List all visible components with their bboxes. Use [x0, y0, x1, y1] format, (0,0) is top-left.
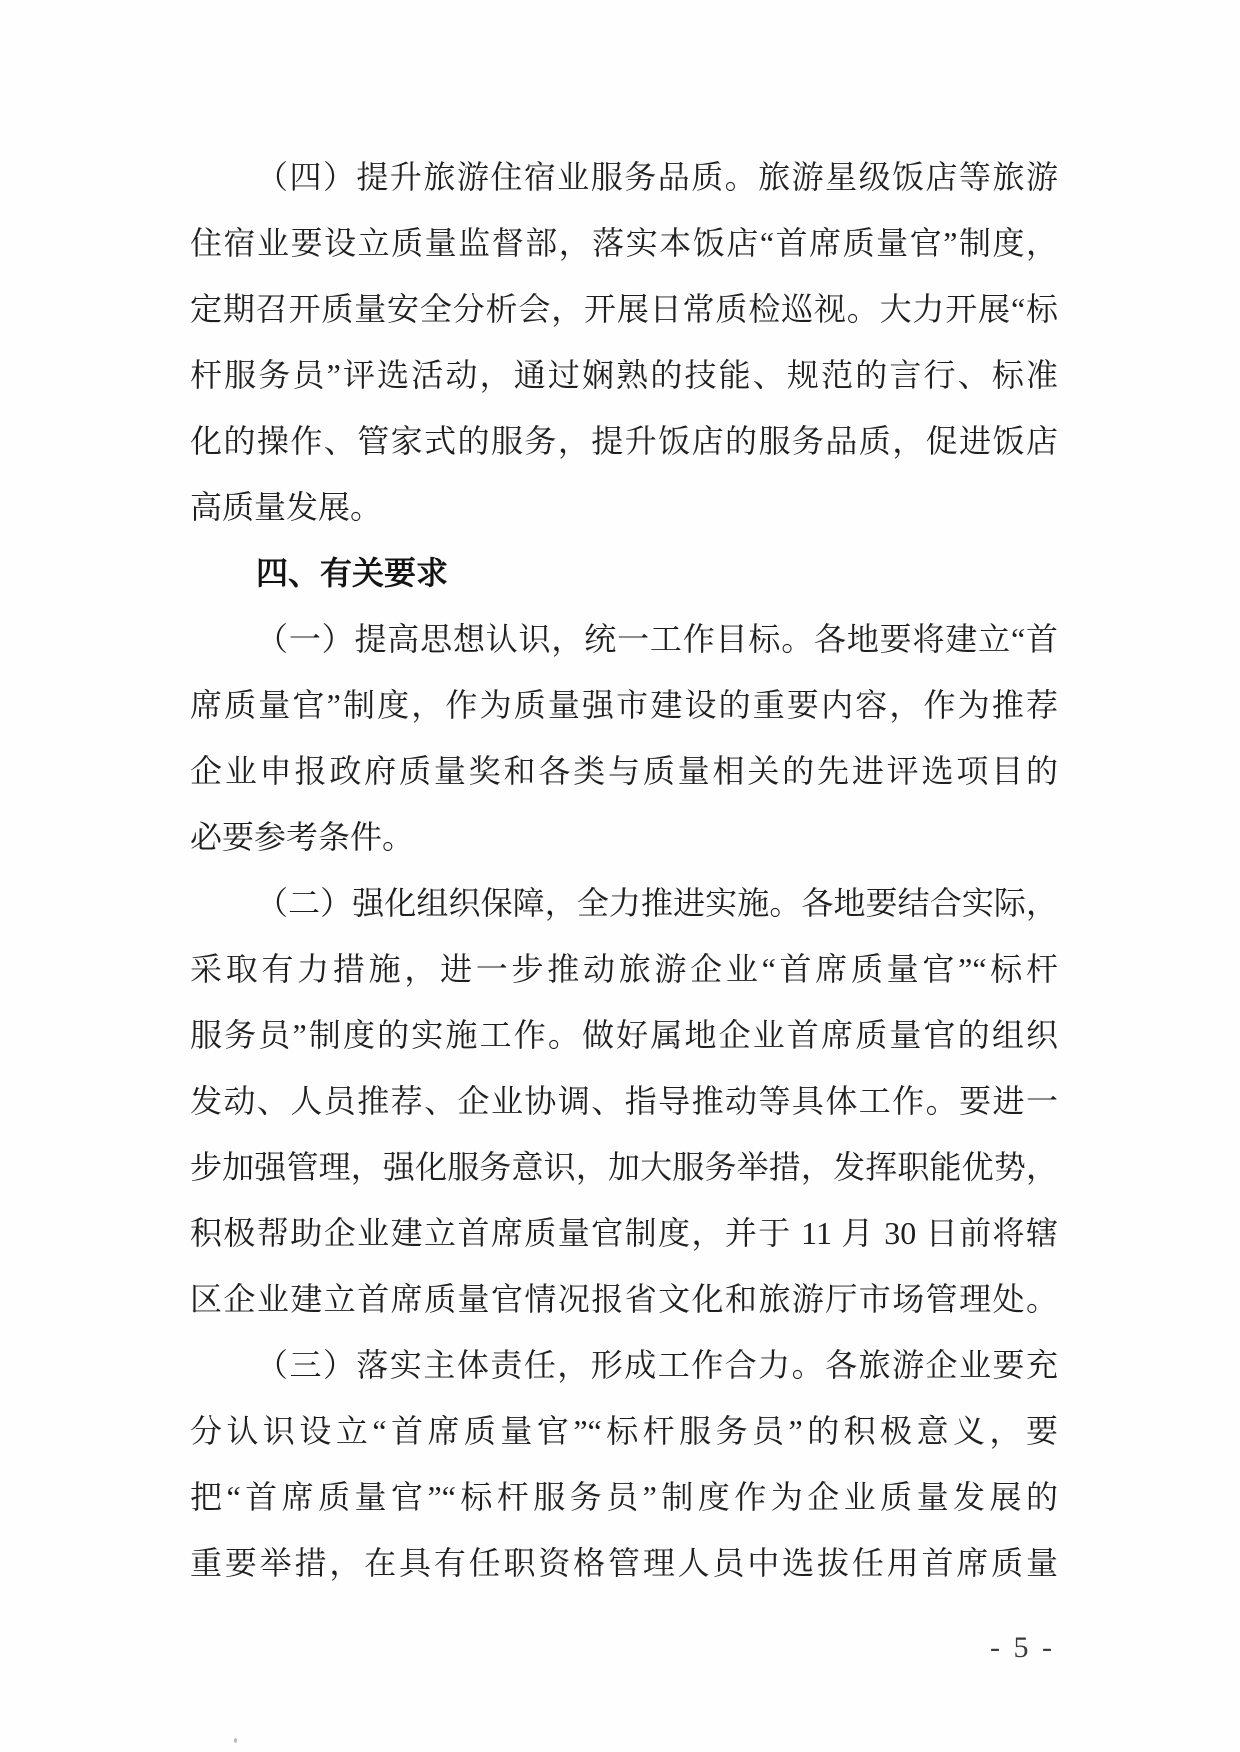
paragraph-line: 积极帮助企业建立首席质量官制度，并于 11 月 30 日前将辖: [190, 1200, 1058, 1266]
paragraph-line: （一）提高思想认识，统一工作目标。各地要将建立“首: [190, 606, 1058, 672]
paragraph-line: 化的操作、管家式的服务，提升饭店的服务品质，促进饭店: [190, 408, 1058, 474]
paragraph-line: 席质量官”制度，作为质量强市建设的重要内容，作为推荐: [190, 672, 1058, 738]
section-heading: 四、有关要求: [190, 540, 1058, 606]
paragraph-line: 把“首席质量官”“标杆服务员”制度作为企业质量发展的: [190, 1464, 1058, 1530]
document-page: （四）提升旅游住宿业服务品质。旅游星级饭店等旅游 住宿业要设立质量监督部，落实本…: [0, 0, 1240, 1752]
paragraph-line: 杆服务员”评选活动，通过娴熟的技能、规范的言行、标准: [190, 342, 1058, 408]
paragraph-line: 区企业建立首席质量官情况报省文化和旅游厅市场管理处。: [190, 1266, 1058, 1332]
paragraph-line: 定期召开质量安全分析会，开展日常质检巡视。大力开展“标: [190, 276, 1058, 342]
paragraph-line: 必要参考条件。: [190, 804, 1058, 870]
paragraph-line: 企业申报政府质量奖和各类与质量相关的先进评选项目的: [190, 738, 1058, 804]
paragraph-line: 重要举措，在具有任职资格管理人员中选拔任用首席质量: [190, 1530, 1058, 1596]
paragraph-line: 分认识设立“首席质量官”“标杆服务员”的积极意义，要: [190, 1398, 1058, 1464]
document-body: （四）提升旅游住宿业服务品质。旅游星级饭店等旅游 住宿业要设立质量监督部，落实本…: [190, 144, 1058, 1596]
page-number: - 5 -: [990, 1626, 1055, 1670]
paragraph-line: 发动、人员推荐、企业协调、指导推动等具体工作。要进一: [190, 1068, 1058, 1134]
paragraph-line: 采取有力措施，进一步推动旅游企业“首席质量官”“标杆: [190, 936, 1058, 1002]
paragraph-line: （二）强化组织保障，全力推进实施。各地要结合实际，: [190, 870, 1058, 936]
scan-speck: [234, 1738, 237, 1743]
paragraph-line: （三）落实主体责任，形成工作合力。各旅游企业要充: [190, 1332, 1058, 1398]
paragraph-line: （四）提升旅游住宿业服务品质。旅游星级饭店等旅游: [190, 144, 1058, 210]
paragraph-line: 高质量发展。: [190, 474, 1058, 540]
paragraph-line: 住宿业要设立质量监督部，落实本饭店“首席质量官”制度，: [190, 210, 1058, 276]
paragraph-line: 步加强管理，强化服务意识，加大服务举措，发挥职能优势，: [190, 1134, 1058, 1200]
paragraph-line: 服务员”制度的实施工作。做好属地企业首席质量官的组织: [190, 1002, 1058, 1068]
